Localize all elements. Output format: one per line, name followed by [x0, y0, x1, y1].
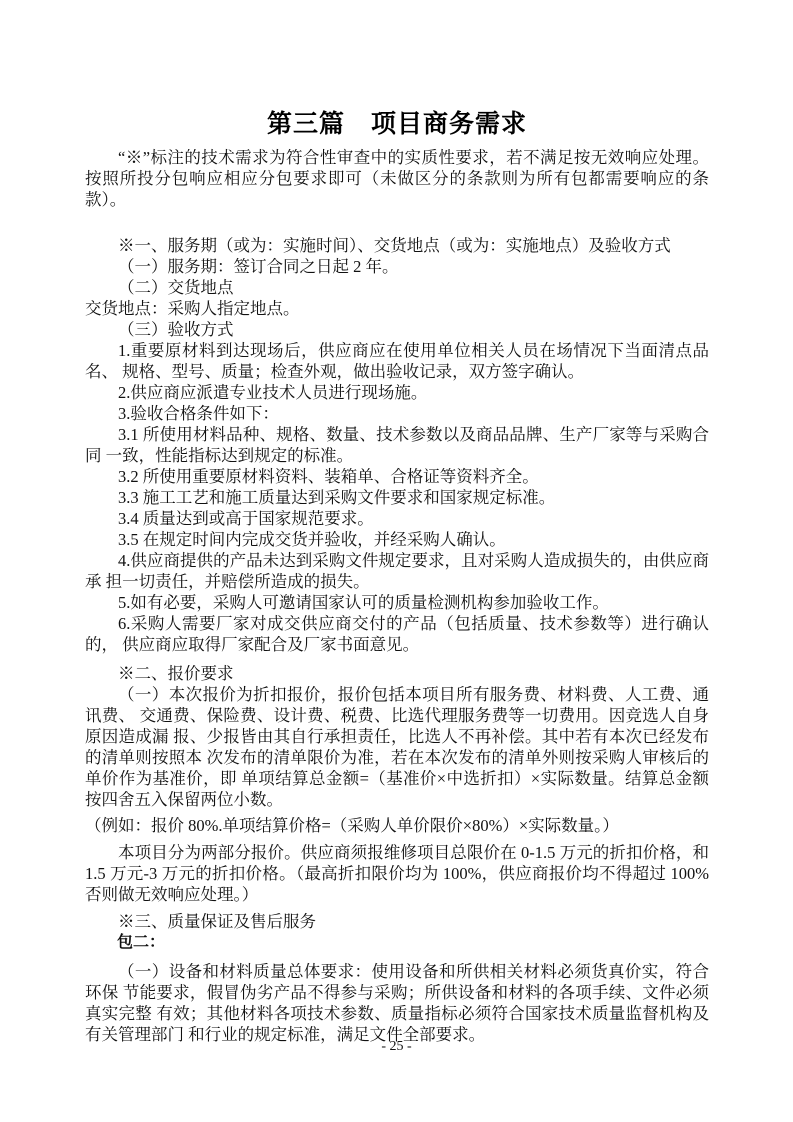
paragraph: 3.1 所使用材料品种、规格、数量、技术参数以及商品品牌、生产厂家等与采购合同 …	[85, 424, 709, 466]
paragraph: ※二、报价要求	[85, 663, 709, 684]
paragraph: 3.5 在规定时间内完成交货并验收，并经采购人确认。	[85, 529, 709, 550]
paragraph: 3.验收合格条件如下：	[85, 403, 709, 424]
paragraph: 3.4 质量达到或高于国家规范要求。	[85, 508, 709, 529]
paragraph: ※三、质量保证及售后服务	[85, 911, 709, 932]
paragraph: 3.3 施工工艺和施工质量达到采购文件要求和国家规定标准。	[85, 487, 709, 508]
paragraph: （三）验收方式	[85, 319, 709, 340]
page-title: 第三篇 项目商务需求	[85, 108, 709, 141]
paragraph: （一）本次报价为折扣报价，报价包括本项目所有服务费、材料费、人工费、通讯费、 交…	[85, 684, 709, 810]
paragraph: 5.如有必要，采购人可邀请国家认可的质量检测机构参加验收工作。	[85, 592, 709, 613]
paragraph: “※”标注的技术需求为符合性审查中的实质性要求，若不满足按无效响应处理。按照所投…	[85, 147, 709, 210]
page-number: - 25 -	[0, 1038, 793, 1056]
paragraph: 本项目分为两部分报价。供应商须报维修项目总限价在 0-1.5 万元的折扣价格，和…	[85, 842, 709, 905]
paragraph: 3.2 所使用重要原材料资料、装箱单、合格证等资料齐全。	[85, 466, 709, 487]
document-page: 第三篇 项目商务需求 “※”标注的技术需求为符合性审查中的实质性要求，若不满足按…	[0, 0, 793, 1122]
paragraph: （例如：报价 80%.单项结算价格=（采购人单价限价×80%）×实际数量。）	[85, 815, 709, 836]
paragraph: 包二：	[85, 932, 709, 953]
paragraph: 1.重要原材料到达现场后，供应商应在使用单位相关人员在场情况下当面清点品名、 规…	[85, 340, 709, 382]
paragraph: （一）服务期：签订合同之日起 2 年。	[85, 256, 709, 277]
paragraph: （一）设备和材料质量总体要求：使用设备和所供相关材料必须货真价实，符合环保 节能…	[85, 961, 709, 1045]
paragraph: 4.供应商提供的产品未达到采购文件规定要求，且对采购人造成损失的，由供应商承 担…	[85, 550, 709, 592]
paragraph: 交货地点：采购人指定地点。	[85, 298, 709, 319]
paragraph: ※一、服务期（或为：实施时间）、交货地点（或为：实施地点）及验收方式	[85, 235, 709, 256]
document-content: 第三篇 项目商务需求 “※”标注的技术需求为符合性审查中的实质性要求，若不满足按…	[85, 108, 709, 1045]
paragraph: （二）交货地点	[85, 277, 709, 298]
paragraph: 6.采购人需要厂家对成交供应商交付的产品（包括质量、技术参数等）进行确认的， 供…	[85, 613, 709, 655]
body-text: “※”标注的技术需求为符合性审查中的实质性要求，若不满足按无效响应处理。按照所投…	[85, 147, 709, 1045]
paragraph: 2.供应商应派遣专业技术人员进行现场施。	[85, 382, 709, 403]
